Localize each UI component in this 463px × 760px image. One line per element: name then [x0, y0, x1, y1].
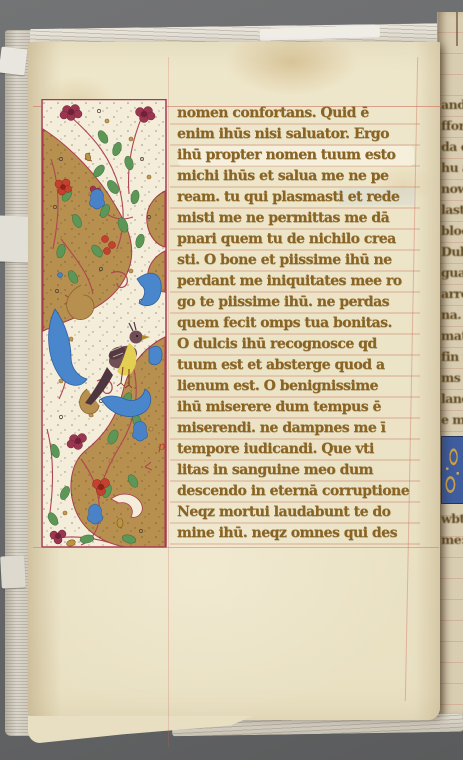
manuscript-line: michi ihūs et salua me ne pe	[177, 166, 420, 187]
manuscript-line: tempore iudicandi. Que vti	[177, 439, 420, 460]
manuscript-line: ream. tu qui plasmasti et rede	[177, 187, 420, 208]
text-block: nomen confortans. Quid ē enim ihūs nisi …	[177, 103, 420, 544]
manuscript-line: quem fecit omps tua bonitas.	[177, 313, 420, 334]
marginal-mark: p	[158, 441, 165, 453]
manuscript-line: sti. O bone et piissime ihū ne	[177, 250, 420, 271]
adjacent-page-text-fragment: da e	[441, 137, 463, 157]
adjacent-page-text-fragment: e mt	[441, 410, 463, 430]
manuscript-line: O dulcis ihū recognosce qd	[177, 334, 420, 355]
page-edge-sliver	[0, 555, 26, 588]
manuscript-line: enim ihūs nisi saluator. Ergo	[177, 124, 420, 145]
adjacent-page-text-fragment: bloc	[441, 221, 463, 241]
adjacent-page-text-fragment: arro	[441, 284, 463, 304]
manuscript-line: misti me ne permittas me dā	[177, 208, 420, 229]
page-edge-sliver	[260, 25, 380, 41]
adjacent-page-text-fragment: ms	[441, 368, 463, 388]
adjacent-page-text-fragment: hu a	[441, 158, 463, 178]
adjacent-page-text-fragment: now	[441, 179, 463, 199]
manuscript-line: ihū propter nomen tuum esto	[177, 145, 420, 166]
manuscript-line: Neqz mortui laudabunt te do	[177, 502, 420, 523]
adjacent-page-text-fragment: mate	[441, 326, 463, 346]
adjacent-page-text-fragment: lastn	[441, 200, 463, 220]
manuscript-line: tuum est et absterge quod a	[177, 355, 420, 376]
manuscript-line: mine ihū. neqz omnes qui des	[177, 523, 420, 544]
adjacent-page-text-fragment: and	[441, 95, 463, 115]
manuscript-line: miserendi. ne dampnes me ī	[177, 418, 420, 439]
manuscript-line: lienum est. O benignissime	[177, 376, 420, 397]
manuscript-line: perdant me iniquitates mee ro	[177, 271, 420, 292]
ruling-line-left	[168, 57, 169, 747]
adjacent-page-text-fragment: Dub	[441, 242, 463, 262]
adjacent-page-text-fragment: me:r	[441, 530, 463, 550]
adjacent-page-text-fragment: na. l	[441, 305, 463, 325]
manuscript-line: pnari quem tu de nichilo crea	[177, 229, 420, 250]
adjacent-page-text-fragment: wbt	[441, 509, 463, 529]
page-edge-sliver	[0, 215, 31, 262]
manuscript-line: litas in sanguine meo dum	[177, 460, 420, 481]
adjacent-page-edge: and ffor da e hu a now lastn bloc Dub gu…	[437, 12, 463, 714]
illuminated-border-panel	[41, 99, 167, 548]
manuscript-line: ihū miserere dum tempus ē	[177, 397, 420, 418]
manuscript-line: descendo in eternā corruptione	[177, 481, 420, 502]
page-gap-shadow	[456, 12, 458, 46]
border-illumination	[41, 99, 167, 548]
adjacent-page-text-fragment: landa	[441, 389, 463, 409]
adjacent-page-illuminated-initial	[441, 436, 463, 504]
adjacent-page-text-fragment: fin t	[441, 347, 463, 367]
adjacent-page-text-fragment: ffor	[441, 116, 463, 136]
adjacent-page-text-fragment: guat	[441, 263, 463, 283]
manuscript-line: go te piissime ihū. ne perdas	[177, 292, 420, 313]
page-edge-sliver	[0, 47, 27, 76]
manuscript-photo: and ffor da e hu a now lastn bloc Dub gu…	[0, 0, 463, 760]
manuscript-line: nomen confortans. Quid ē	[177, 103, 420, 124]
